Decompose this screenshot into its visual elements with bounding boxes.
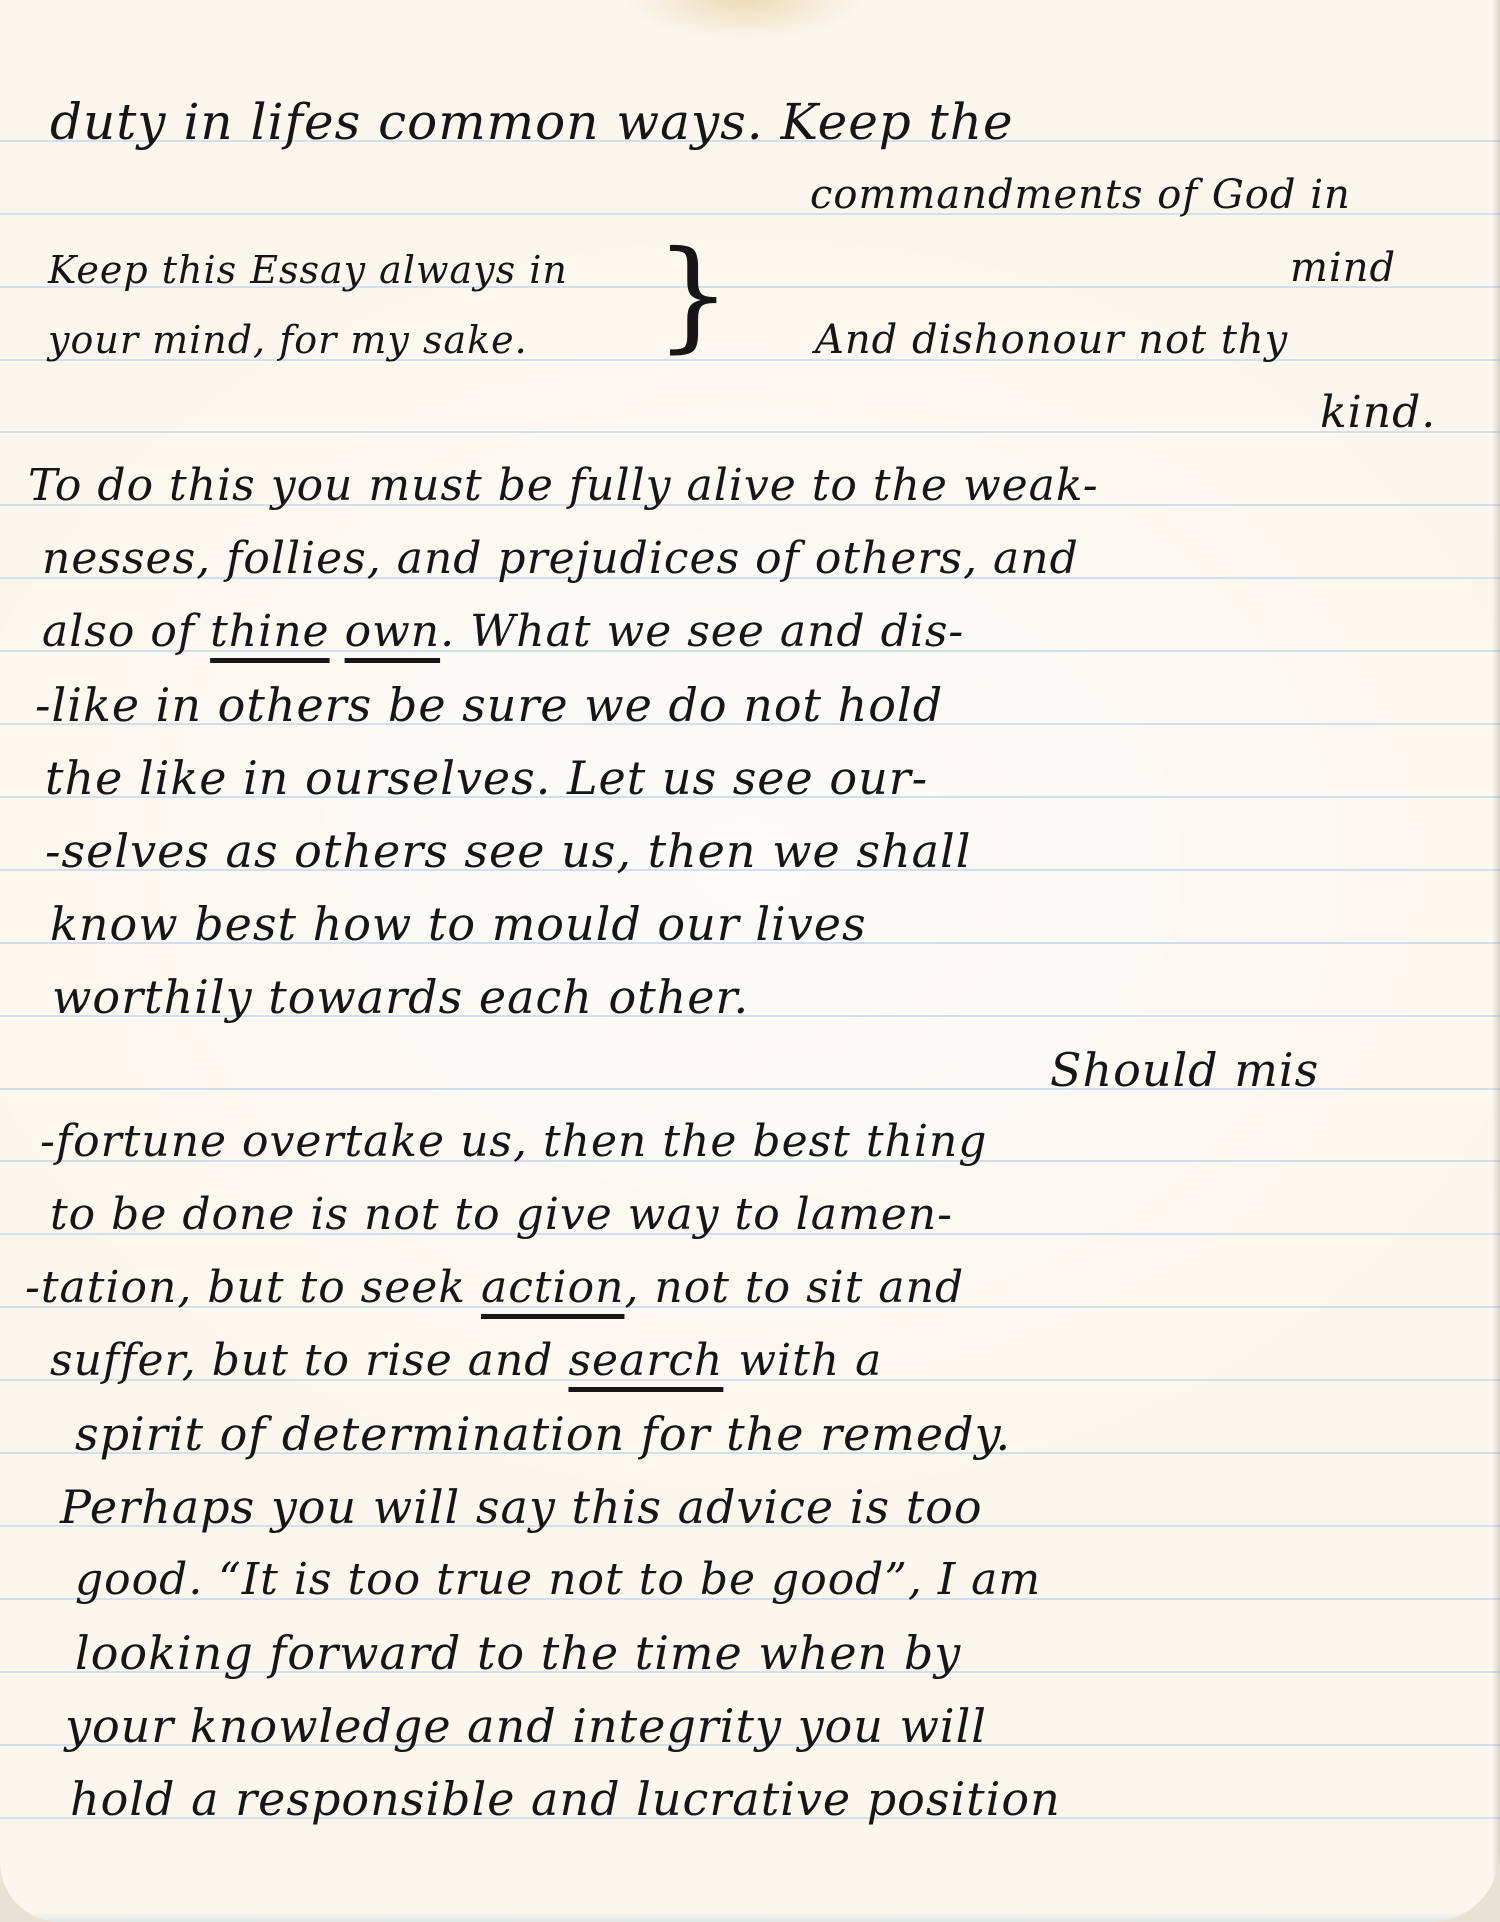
underlined-word: action xyxy=(481,1262,624,1313)
text-line: Perhaps you will say this advice is too xyxy=(60,1477,983,1537)
underlined-word: search xyxy=(568,1335,723,1386)
text-line: good. “It is too true not to be good”, I… xyxy=(75,1550,1041,1610)
text-line: And dishonour not thy xyxy=(815,310,1288,370)
text-line: the like in ourselves. Let us see our- xyxy=(45,748,928,808)
text-line: hold a responsible and lucrative positio… xyxy=(70,1769,1061,1829)
text-line: -like in others be sure we do not hold xyxy=(35,675,943,735)
text-line: worthily towards each other. xyxy=(52,967,749,1027)
text-line: looking forward to the time when by xyxy=(75,1623,961,1683)
text-line: spirit of determination for the remedy. xyxy=(75,1404,1011,1464)
text-segment: suffer, but to rise and xyxy=(50,1335,568,1386)
text-line: -tation, but to seek action, not to sit … xyxy=(25,1258,964,1318)
text-line: know best how to mould our lives xyxy=(50,894,867,954)
text-line: nesses, follies, and prejudices of other… xyxy=(42,529,1079,589)
text-segment xyxy=(330,606,345,657)
text-line: -fortune overtake us, then the best thin… xyxy=(40,1112,987,1172)
page-bottom-shadow xyxy=(0,1912,1500,1922)
text-line: to be done is not to give way to lamen- xyxy=(50,1185,953,1245)
underlined-word: thine xyxy=(210,606,329,657)
margin-note-line: your mind, for my sake. xyxy=(48,310,528,370)
text-line: kind. xyxy=(1320,383,1436,443)
text-line: suffer, but to rise and search with a xyxy=(50,1331,882,1391)
text-segment: also of xyxy=(42,606,210,657)
letter-page: duty in lifes common ways. Keep the comm… xyxy=(0,0,1500,1922)
text-line: duty in lifes common ways. Keep the xyxy=(50,92,1014,152)
page-edge-shadow xyxy=(1492,0,1500,1922)
curly-brace: } xyxy=(655,236,731,356)
text-line: also of thine own. What we see and dis- xyxy=(42,602,964,662)
text-line: your knowledge and integrity you will xyxy=(65,1696,987,1756)
text-line: -selves as others see us, then we shall xyxy=(45,821,971,881)
ruled-line xyxy=(0,431,1500,433)
text-line: To do this you must be fully alive to th… xyxy=(28,456,1099,516)
text-segment: -tation, but to seek xyxy=(25,1262,481,1313)
text-segment: , not to sit and xyxy=(624,1262,964,1313)
underlined-word: own xyxy=(345,606,441,657)
text-segment: with a xyxy=(723,1335,882,1386)
text-line: mind xyxy=(1290,238,1396,298)
text-segment: . What we see and dis- xyxy=(440,606,964,657)
margin-note-line: Keep this Essay always in xyxy=(48,240,568,300)
text-line: commandments of God in xyxy=(810,165,1351,225)
text-line: Should mis xyxy=(1050,1040,1319,1100)
